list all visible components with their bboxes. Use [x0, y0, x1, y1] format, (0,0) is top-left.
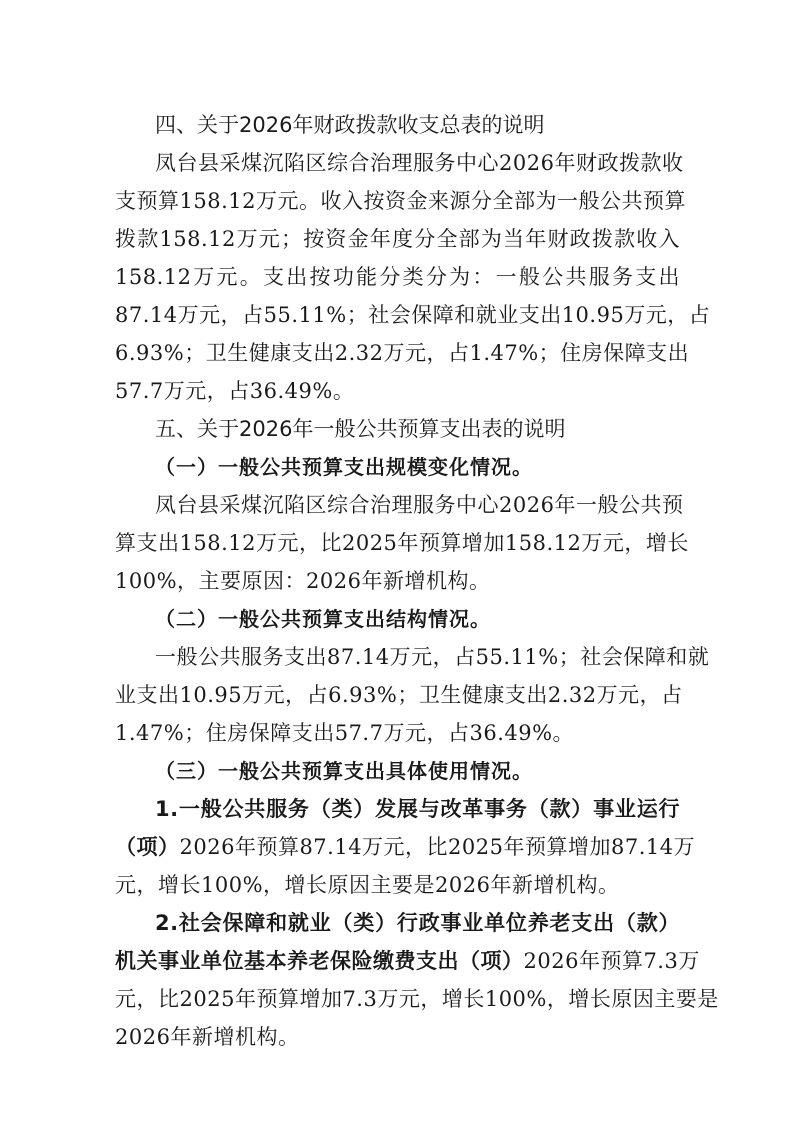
paragraph-line: 一般公共服务支出87.14万元，占55.11%；社会保障和就: [155, 642, 680, 672]
paragraph-line: 元，比2025年预算增加7.3万元，增长100%，增长原因主要是: [115, 984, 680, 1014]
paragraph-line: 1.47%；住房保障支出57.7万元，占36.49%。: [115, 718, 680, 748]
paragraph-line: 158.12万元。支出按功能分类分为：一般公共服务支出: [115, 262, 680, 292]
section-heading-5: 五、关于2026年一般公共预算支出表的说明: [155, 414, 680, 444]
item-1-title: 1.一般公共服务（类）发展与改革事务（款）事业运行: [155, 794, 680, 824]
paragraph-line: 87.14万元，占55.11%；社会保障和就业支出10.95万元，占: [115, 300, 680, 330]
item-1-bold-lead: （项）: [115, 835, 180, 859]
paragraph-line: 算支出158.12万元，比2025年预算增加158.12万元，增长: [115, 528, 680, 558]
paragraph-line: 凤台县采煤沉陷区综合治理服务中心2026年财政拨款收: [155, 148, 680, 178]
section-heading-4: 四、关于2026年财政拨款收支总表的说明: [155, 110, 680, 140]
paragraph-line: 元，增长100%，增长原因主要是2026年新增机构。: [115, 870, 680, 900]
item-2-bold-lead: 机关事业单位基本养老保险缴费支出（项）: [115, 949, 524, 973]
item-1-line-2: （项）2026年预算87.14万元，比2025年预算增加87.14万: [115, 832, 680, 862]
item-1-text: 2026年预算87.14万元，比2025年预算增加87.14万: [180, 835, 696, 859]
subsection-heading-2: （二）一般公共预算支出结构情况。: [155, 604, 680, 634]
item-2-line-2: 机关事业单位基本养老保险缴费支出（项）2026年预算7.3万: [115, 946, 680, 976]
subsection-heading-3: （三）一般公共预算支出具体使用情况。: [155, 756, 680, 786]
item-2-text: 2026年预算7.3万: [524, 949, 700, 973]
paragraph-line: 支预算158.12万元。收入按资金来源分全部为一般公共预算: [115, 186, 680, 216]
paragraph-line: 拨款158.12万元；按资金年度分全部为当年财政拨款收入: [115, 224, 680, 254]
paragraph-line: 2026年新增机构。: [115, 1022, 680, 1052]
paragraph-line: 凤台县采煤沉陷区综合治理服务中心2026年一般公共预: [155, 490, 680, 520]
paragraph-line: 业支出10.95万元，占6.93%；卫生健康支出2.32万元，占: [115, 680, 680, 710]
item-2-title: 2.社会保障和就业（类）行政事业单位养老支出（款）: [155, 908, 680, 938]
document-page: 四、关于2026年财政拨款收支总表的说明 凤台县采煤沉陷区综合治理服务中心202…: [0, 0, 793, 1122]
paragraph-line: 6.93%；卫生健康支出2.32万元，占1.47%；住房保障支出: [115, 338, 680, 368]
paragraph-line: 100%，主要原因：2026年新增机构。: [115, 566, 680, 596]
subsection-heading-1: （一）一般公共预算支出规模变化情况。: [155, 452, 680, 482]
paragraph-line: 57.7万元，占36.49%。: [115, 376, 680, 406]
